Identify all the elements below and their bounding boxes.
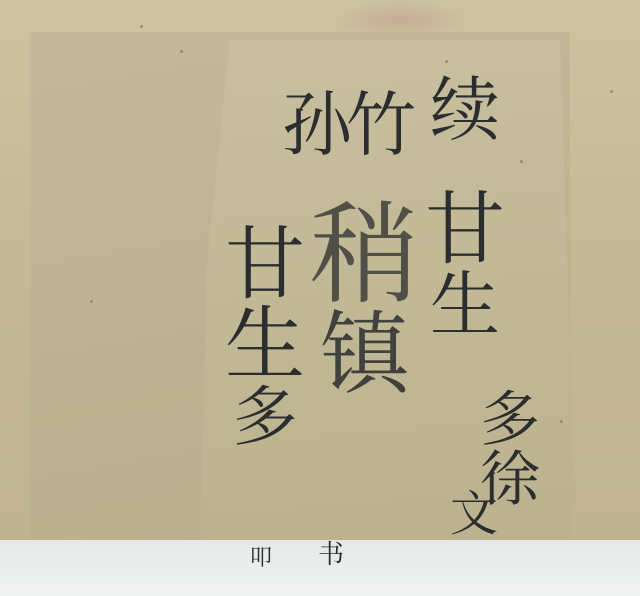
bottom-mark: 书 — [318, 542, 344, 568]
character: 多 — [480, 390, 540, 450]
calligraphy-column-middle-top: 孙竹 — [282, 90, 410, 160]
calligraphy-column-right: 续 甘 生 — [425, 75, 505, 340]
character: 甘 — [225, 225, 305, 305]
character: 镇 — [320, 310, 410, 400]
character: 续 — [430, 75, 500, 145]
bottom-mark: 叩 — [250, 548, 272, 570]
character: 稍 — [310, 200, 420, 310]
character: 生 — [225, 305, 305, 385]
character: 生 — [430, 270, 500, 340]
calligraphy-small-char: 文 — [450, 490, 498, 538]
character: 多 — [232, 385, 297, 450]
character: 甘 — [425, 190, 505, 270]
calligraphy-column-left: 甘 生 多 — [225, 225, 305, 450]
photo-scene: 续 甘 生 多 徐 文 孙竹 稍 镇 甘 生 多 叩 书 — [0, 0, 640, 596]
character: 孙 — [282, 84, 346, 166]
calligraphy-column-middle: 稍 镇 — [310, 200, 420, 400]
character: 竹 — [346, 84, 410, 166]
